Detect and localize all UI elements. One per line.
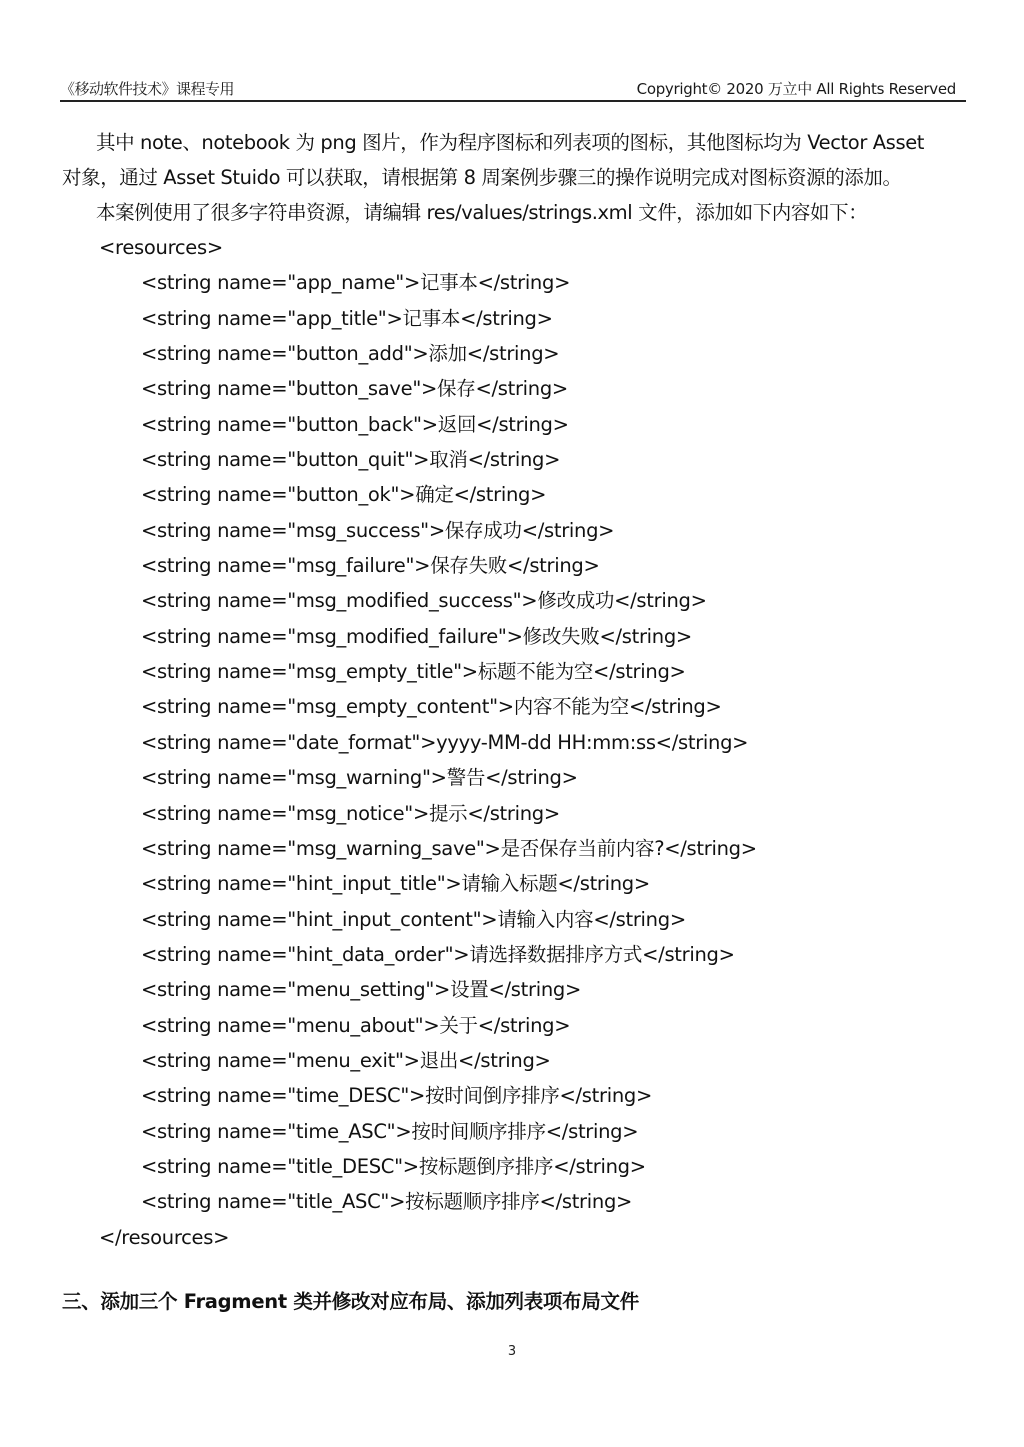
code-line: <string name="time_ASC">按时间顺序排序</string> (99, 1114, 757, 1149)
code-line: <string name="msg_modified_failure">修改失败… (99, 619, 757, 654)
code-line: <string name="button_save">保存</string> (99, 371, 757, 406)
paragraph-1-line-2: 对象，通过 Asset Stuido 可以获取，请根据第 8 周案例步骤三的操作… (62, 160, 968, 195)
code-line: <string name="msg_failure">保存失败</string> (99, 548, 757, 583)
code-line: <string name="hint_input_title">请输入标题</s… (99, 866, 757, 901)
code-line: <string name="menu_about">关于</string> (99, 1008, 757, 1043)
course-label: 《移动软件技术》课程专用 (60, 78, 234, 99)
code-line: <string name="title_DESC">按标题倒序排序</strin… (99, 1149, 757, 1184)
code-line: <string name="app_name">记事本</string> (99, 265, 757, 300)
strings-xml-code-block: <resources> <string name="app_name">记事本<… (99, 230, 757, 1255)
paragraph-1-line-1: 其中 note、notebook 为 png 图片，作为程序图标和列表项的图标，… (62, 125, 1002, 160)
code-line: <string name="msg_warning_save">是否保存当前内容… (99, 831, 757, 866)
code-line: <string name="msg_notice">提示</string> (99, 796, 757, 831)
code-line: <string name="msg_modified_success">修改成功… (99, 583, 757, 618)
code-line: <string name="button_ok">确定</string> (99, 477, 757, 512)
copyright-notice: Copyright© 2020 万立中 All Rights Reserved (637, 78, 956, 99)
code-line: <string name="menu_setting">设置</string> (99, 972, 757, 1007)
code-line: <string name="time_DESC">按时间倒序排序</string… (99, 1078, 757, 1113)
page-number: 3 (0, 1344, 1024, 1359)
code-line: <string name="button_back">返回</string> (99, 407, 757, 442)
section-heading: 三、添加三个 Fragment 类并修改对应布局、添加列表项布局文件 (62, 1286, 639, 1314)
paragraph-2: 本案例使用了很多字符串资源，请编辑 res/values/strings.xml… (62, 195, 1002, 230)
code-line: <string name="msg_empty_title">标题不能为空</s… (99, 654, 757, 689)
code-line: <string name="date_format">yyyy-MM-dd HH… (99, 725, 757, 760)
page-header: 《移动软件技术》课程专用 Copyright© 2020 万立中 All Rig… (60, 76, 966, 100)
code-line: <string name="button_quit">取消</string> (99, 442, 757, 477)
code-line: <string name="msg_empty_content">内容不能为空<… (99, 689, 757, 724)
resources-open-tag: <resources> (99, 230, 757, 265)
code-line: <string name="title_ASC">按标题顺序排序</string… (99, 1184, 757, 1219)
code-line: <string name="hint_data_order">请选择数据排序方式… (99, 937, 757, 972)
code-line: <string name="menu_exit">退出</string> (99, 1043, 757, 1078)
header-divider (60, 100, 966, 102)
code-line: <string name="msg_success">保存成功</string> (99, 513, 757, 548)
resources-close-tag: </resources> (99, 1220, 757, 1255)
code-line: <string name="app_title">记事本</string> (99, 301, 757, 336)
code-line: <string name="msg_warning">警告</string> (99, 760, 757, 795)
code-line: <string name="button_add">添加</string> (99, 336, 757, 371)
code-line: <string name="hint_input_content">请输入内容<… (99, 902, 757, 937)
